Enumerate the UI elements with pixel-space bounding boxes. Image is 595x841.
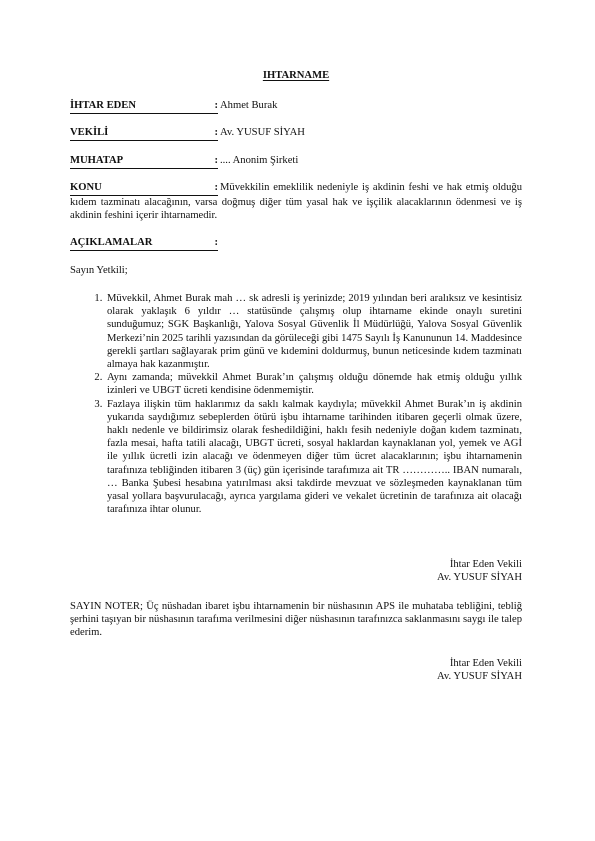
signature-name: Av. YUSUF SİYAH — [437, 571, 522, 584]
field-label: MUHATAP — [70, 155, 123, 166]
field-value: Ahmet Burak — [220, 100, 277, 111]
field-value: .... Anonim Şirketi — [220, 155, 298, 166]
signature-role: İhtar Eden Vekili — [437, 558, 522, 571]
list-item: Aynı zamanda; müvekkil Ahmet Burak’ın ça… — [105, 371, 522, 397]
field-label: VEKİLİ — [70, 127, 108, 138]
field-konu: KONU:Müvekkilin emeklilik nedeniyle iş a… — [70, 181, 522, 223]
field-vekili: VEKİLİ:Av. YUSUF SİYAH — [70, 126, 522, 141]
noter-request: SAYIN NOTER; Üç nüshadan ibaret işbu iht… — [70, 600, 522, 640]
field-aciklamalar: AÇIKLAMALAR: — [70, 236, 522, 251]
signature-role: İhtar Eden Vekili — [437, 657, 522, 670]
signature-block-1: İhtar Eden Vekili Av. YUSUF SİYAH — [437, 558, 522, 584]
field-value: Av. YUSUF SİYAH — [220, 127, 305, 138]
list-item: Fazlaya ilişkin tüm haklarımız da saklı … — [105, 398, 522, 517]
signature-block-2: İhtar Eden Vekili Av. YUSUF SİYAH — [437, 657, 522, 683]
field-label: İHTAR EDEN — [70, 100, 136, 111]
greeting: Sayın Yetkili; — [70, 264, 128, 277]
numbered-list: Müvekkil, Ahmet Burak mah … sk adresli i… — [70, 292, 522, 516]
field-label: KONU — [70, 182, 102, 193]
list-item: Müvekkil, Ahmet Burak mah … sk adresli i… — [105, 292, 522, 371]
field-muhatap: MUHATAP:.... Anonim Şirketi — [70, 154, 522, 169]
signature-name: Av. YUSUF SİYAH — [437, 670, 522, 683]
field-ihtar-eden: İHTAR EDEN:Ahmet Burak — [70, 99, 522, 114]
document-title: IHTARNAME — [70, 69, 522, 82]
field-label: AÇIKLAMALAR — [70, 237, 152, 248]
